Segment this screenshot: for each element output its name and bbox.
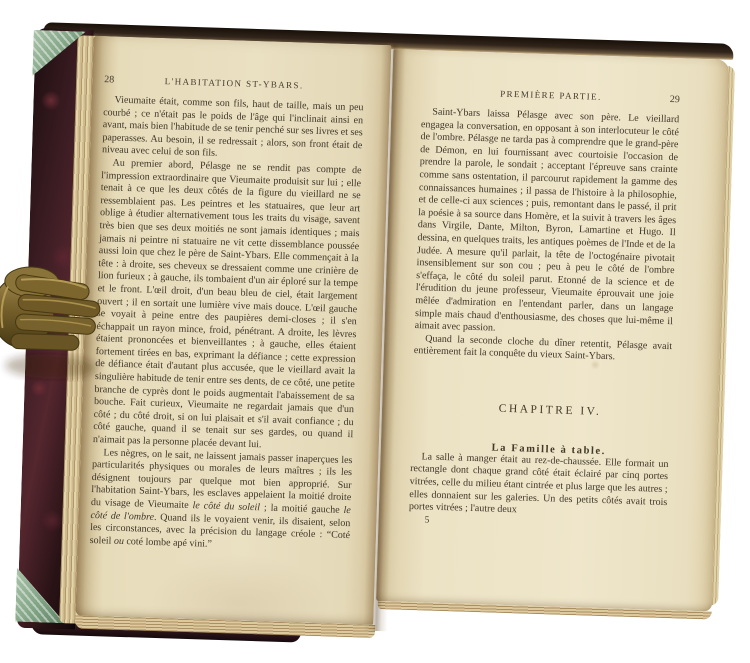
- photo-of-open-book: 28 L'HABITATION ST-YBARS. Vieumaite étai…: [0, 0, 750, 663]
- open-book: 28 L'HABITATION ST-YBARS. Vieumaite étai…: [17, 22, 736, 654]
- text-segment: coté lombe apé vini.”: [124, 536, 212, 550]
- paragraph: La salle à manger était au rez-de-chauss…: [409, 451, 669, 522]
- right-page-header: PREMIÈRE PARTIE. 29: [422, 86, 680, 105]
- brass-hand-page-holder: [0, 247, 107, 401]
- text-segment: Saint-Ybars laissa Pélasge avec son père…: [414, 106, 679, 333]
- italic-text-segment: le côté du soleil: [192, 500, 260, 513]
- header-spacer: [422, 94, 452, 95]
- left-page-text: Vieumaite était, comme son fils, haut de…: [90, 94, 364, 555]
- chapter-body-text: La salle à manger était au rez-de-chauss…: [409, 451, 669, 522]
- page-number-left: 28: [104, 74, 134, 86]
- left-page-header: 28 L'HABITATION ST-YBARS.: [104, 74, 364, 93]
- text-segment: La salle à manger était au rez-de-chauss…: [409, 451, 669, 515]
- paragraph: Saint-Ybars laissa Pélasge avec son père…: [414, 106, 679, 341]
- italic-text-segment: ou: [114, 535, 124, 546]
- right-page-text: Saint-Ybars laissa Pélasge avec son père…: [414, 106, 680, 366]
- text-segment: ; la moitié gauche: [260, 502, 344, 516]
- text-segment: Vieumaite était, comme son fils, haut de…: [102, 95, 364, 160]
- running-header-left: L'HABITATION ST-YBARS.: [134, 75, 334, 91]
- paragraph: Les nègres, on le sait, ne laissent jama…: [90, 447, 353, 556]
- left-page: 28 L'HABITATION ST-YBARS. Vieumaite étai…: [75, 36, 391, 625]
- text-segment: Au premier abord, Pélasge ne se rendit p…: [93, 157, 362, 450]
- page-number-right: 29: [650, 93, 680, 105]
- running-header-right: PREMIÈRE PARTIE.: [452, 87, 650, 103]
- right-page: PREMIÈRE PARTIE. 29 Saint-Ybars laissa P…: [376, 49, 729, 611]
- paragraph: Au premier abord, Pélasge ne se rendit p…: [93, 157, 362, 455]
- chapter-heading: CHAPITRE IV.: [382, 399, 718, 422]
- header-spacer: [334, 89, 364, 90]
- paragraph: Vieumaite était, comme son fils, haut de…: [102, 94, 364, 165]
